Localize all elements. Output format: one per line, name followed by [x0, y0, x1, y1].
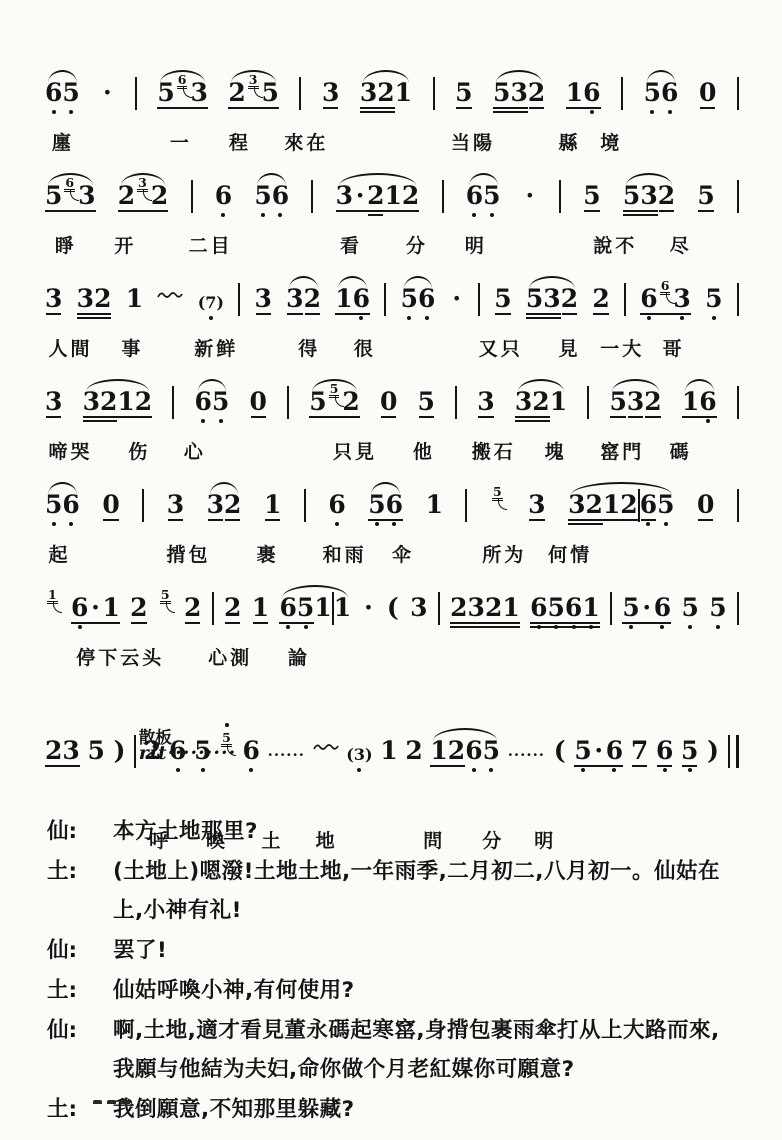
beam-group: 232	[118, 173, 169, 218]
lyric: 停下云头	[76, 643, 164, 670]
octave-dot-below	[590, 106, 594, 115]
note: 3	[673, 276, 690, 321]
beam-group: 56	[368, 482, 403, 527]
note: 0	[697, 482, 714, 527]
dialogue-row: 仙:罢了!	[47, 931, 739, 970]
notation-text: ·	[523, 173, 537, 218]
octave-dot-below	[663, 764, 667, 773]
slur-group: 16	[682, 379, 717, 424]
lyric: 窰門	[600, 437, 644, 464]
note: 5	[709, 585, 726, 630]
dialogue-block: 仙:本方土地那里?土:(土地上)嗯潑!土地土地,一年雨季,二月初二,八月初一。仙…	[47, 812, 739, 1130]
dialogue-speaker: 仙:	[47, 812, 113, 851]
dialogue-row: 仙:本方土地那里?	[47, 812, 739, 851]
beam-group: 32	[77, 276, 112, 321]
note: 6	[195, 379, 212, 424]
barline	[384, 283, 386, 316]
note: 3	[62, 728, 79, 773]
barline	[624, 283, 626, 316]
lyric: 开	[114, 231, 136, 258]
octave-dot-below	[392, 518, 396, 527]
octave-dot-below	[489, 764, 493, 773]
note: 5	[697, 173, 714, 218]
barline	[737, 180, 739, 213]
slur-group: 563	[157, 70, 208, 115]
dialogue-text: (土地上)嗯潑!土地土地,一年雨季,二月初二,八月初一。仙姑在上,小神有礼!	[113, 852, 739, 930]
note: 0	[380, 379, 397, 424]
slur-group: 3212	[83, 379, 153, 424]
wavy-line-icon	[157, 285, 183, 304]
barline	[299, 77, 301, 110]
note: 5	[87, 728, 104, 773]
note: 1	[314, 585, 331, 630]
lyric: 哥	[663, 334, 685, 361]
slur-group: 563	[45, 173, 96, 218]
slur-group: 235	[228, 70, 279, 115]
lyric: 人間	[48, 334, 92, 361]
grace-note: 1	[47, 588, 58, 604]
slur-group: 532	[493, 70, 545, 115]
barline	[442, 180, 444, 213]
notation-row: 3321(7)3321656·553226635	[45, 276, 739, 321]
barline	[433, 77, 435, 110]
note: 0	[699, 70, 716, 115]
dialogue-speaker: 仙:	[47, 931, 113, 970]
octave-dot-below	[278, 209, 282, 218]
wavy-line-icon	[313, 737, 339, 756]
note: 5	[548, 585, 565, 630]
octave-dot-below	[78, 621, 82, 630]
lyric: 得	[298, 334, 320, 361]
notation-text: (	[386, 585, 400, 630]
octave-dot-below	[221, 209, 225, 218]
lyric: 只見	[333, 437, 377, 464]
note: 6	[530, 585, 547, 630]
lyric: 心測	[208, 643, 252, 670]
octave-dot-below	[219, 415, 223, 424]
grace-note: 3	[137, 176, 148, 192]
dialogue-speaker: 土:	[47, 971, 113, 1010]
slur-group: 56	[45, 482, 80, 527]
note: 5	[681, 728, 698, 773]
note: 5	[526, 276, 543, 321]
octave-dot-below	[688, 764, 692, 773]
octave-dot-below	[176, 764, 180, 773]
octave-dot-below	[712, 312, 716, 321]
note: 1	[550, 379, 567, 424]
note: 3	[45, 379, 62, 424]
notation-text: ·	[361, 585, 375, 630]
note: 1	[334, 585, 351, 630]
dialogue-speaker: 土:	[47, 1090, 113, 1129]
note: 6	[699, 379, 716, 424]
barline	[135, 77, 137, 110]
note: 1	[502, 585, 519, 630]
lyric: 所为	[482, 540, 526, 567]
note: 2	[130, 585, 147, 630]
barline	[587, 386, 589, 419]
note: 1	[384, 173, 401, 218]
note: 1	[126, 276, 143, 321]
music-system-1: 65·5632353321553216560廛一程來在当陽縣境	[45, 70, 739, 173]
dialogue-row: 土:仙姑呼喚小神,有何使用?	[47, 971, 739, 1010]
music-system-5: 56033216561533212650起揹包裹和雨伞所为何情	[45, 482, 739, 585]
lyric: 見	[559, 334, 581, 361]
beam-group: 32	[83, 379, 118, 424]
octave-dot-below	[589, 621, 593, 630]
octave-dot-below	[375, 518, 379, 527]
dialogue-row: 仙:啊,土地,適才看見董永碼起寒窰,身揹包裹雨傘打从上大路而來,我願与他結为夫妇…	[47, 1011, 739, 1089]
final-double-barline	[728, 735, 739, 768]
note: 5	[623, 173, 640, 218]
music-score: 65·5632353321553216560廛一程來在当陽縣境563232656…	[45, 70, 739, 860]
note: 7	[631, 728, 648, 773]
lyrics-row: 睜开二目看分明說不尽	[45, 231, 739, 257]
note: 3	[78, 173, 95, 218]
barline	[438, 592, 440, 625]
dialogue-text: 本方土地那里?	[113, 812, 739, 851]
octave-dot-below	[209, 312, 213, 321]
note: 6	[418, 276, 435, 321]
notation-text: ·	[353, 173, 367, 218]
lyric: 伞	[392, 540, 414, 567]
lyric: 論	[288, 643, 310, 670]
notation-text: ·	[88, 585, 102, 630]
note: 6	[243, 728, 260, 773]
notation-row: 5632326563·21265·55325	[45, 173, 739, 218]
lyric: 揹包	[166, 540, 210, 567]
beam-group: 235	[228, 70, 279, 115]
lyric: 啼哭	[48, 437, 92, 464]
lyric: 当陽	[451, 128, 495, 155]
note: 3	[410, 585, 427, 630]
slur-group: 32	[286, 276, 321, 321]
slur-group: 65	[195, 379, 230, 424]
grace-note: 3	[248, 73, 259, 89]
octave-dot-below	[335, 518, 339, 527]
barline	[737, 489, 739, 522]
octave-dot-below	[688, 621, 692, 630]
octave-dot-below	[647, 312, 651, 321]
octave-dot-below	[69, 106, 73, 115]
note: 0	[250, 379, 267, 424]
dialogue-text: 啊,土地,適才看見董永碼起寒窰,身揹包裹雨傘打从上大路而來,我願与他結为夫妇,命…	[113, 1011, 739, 1089]
lyrics-row: 啼哭伤心只見他搬石塊窰門碼	[45, 437, 739, 463]
barline	[238, 283, 240, 316]
note: 2	[405, 728, 422, 773]
octave-dot-below	[680, 312, 684, 321]
note: 5	[455, 70, 472, 115]
lyric: 二目	[189, 231, 233, 258]
lyric: 起	[48, 540, 70, 567]
note: 2	[224, 585, 241, 630]
note: 5	[622, 585, 639, 630]
note: 2	[585, 482, 602, 527]
lyric: 說不	[593, 231, 637, 258]
lyric: 碼	[670, 437, 692, 464]
note: 2	[448, 728, 465, 773]
octave-dot-below	[304, 621, 308, 630]
lyric: 他	[413, 437, 435, 464]
slur-group: 532	[609, 379, 661, 424]
note: 5	[483, 173, 500, 218]
note: 3	[255, 276, 272, 321]
barline	[621, 77, 623, 110]
barline	[737, 386, 739, 419]
note: 5	[418, 379, 435, 424]
notation-text: ······	[268, 728, 305, 773]
lyric: 一	[170, 128, 192, 155]
lyric: 看	[340, 231, 362, 258]
note: 6	[640, 482, 657, 527]
beam-group: 5·6	[574, 728, 623, 773]
slur-group: 56	[401, 276, 436, 321]
note: 3	[568, 482, 585, 527]
note: 6	[640, 276, 657, 321]
slur-group: 56	[644, 70, 679, 115]
beam-group: 32	[568, 482, 603, 527]
note: 2	[228, 70, 245, 115]
note: 5	[297, 585, 314, 630]
note: 6	[661, 70, 678, 115]
note: 6	[169, 728, 186, 773]
octave-dot-below	[554, 621, 558, 630]
beam-group: 2321	[450, 585, 520, 630]
barline	[172, 386, 174, 419]
slur-group: 32	[207, 482, 242, 527]
octave-dot-below	[664, 518, 668, 527]
grace-note: 5	[329, 382, 340, 398]
note: 3	[77, 276, 94, 321]
note: 3	[286, 276, 303, 321]
note: 3	[167, 482, 184, 527]
slur-group: 6511	[279, 585, 351, 630]
note: 3	[190, 70, 207, 115]
note: 1	[426, 482, 443, 527]
octave-dot-below	[668, 106, 672, 115]
beam-group: 16	[566, 70, 601, 115]
octave-dot-below	[472, 764, 476, 773]
octave-dot-below	[52, 518, 56, 527]
lyric: 尽	[670, 231, 692, 258]
beam-group: 65	[279, 585, 314, 630]
note: 2	[151, 173, 168, 218]
beam-group: 552	[309, 379, 360, 424]
note: 1	[566, 70, 583, 115]
barline	[134, 735, 136, 768]
lyric: 又只	[479, 334, 523, 361]
octave-dot-below	[537, 621, 541, 630]
note: 2	[528, 70, 545, 115]
note: 1	[582, 585, 599, 630]
grace-note: 5	[160, 588, 171, 604]
note: 1	[682, 379, 699, 424]
note: 3	[640, 173, 657, 218]
octave-dot-below	[249, 764, 253, 773]
slur-group: 3·212	[336, 173, 420, 218]
barline	[455, 386, 457, 419]
note: 0	[102, 482, 119, 527]
barline	[478, 283, 480, 316]
lyric: 境	[600, 128, 622, 155]
octave-dot-below	[201, 764, 205, 773]
note: 6	[565, 585, 582, 630]
octave-dot-below	[650, 106, 654, 115]
beam-group: 53	[493, 70, 528, 115]
music-system-6: 16·1252216511·(3232165615·655停下云头心測論	[45, 585, 739, 688]
grace-note: 6	[177, 73, 188, 89]
barline	[311, 180, 313, 213]
beam-group: 563	[157, 70, 208, 115]
barline	[737, 77, 739, 110]
beam-group: 16	[682, 379, 717, 424]
note: 2	[118, 173, 135, 218]
lyric: 很	[354, 334, 376, 361]
note: 1	[395, 70, 412, 115]
note: 2	[184, 585, 201, 630]
octave-dot-below	[706, 415, 710, 424]
grace-note: 6	[64, 176, 75, 192]
note: 2	[485, 585, 502, 630]
slur-group: 532	[526, 276, 578, 321]
barline	[287, 386, 289, 419]
beam-group: 32	[360, 70, 395, 115]
slur-group: 65	[45, 70, 80, 115]
beam-group: 563	[45, 173, 96, 218]
octave-dot-below	[646, 518, 650, 527]
note: 6	[215, 173, 232, 218]
note: 2	[620, 482, 637, 527]
dialogue-speaker: 土:	[47, 852, 113, 891]
lyric: 搬石	[472, 437, 516, 464]
beam-group: 53	[526, 276, 561, 321]
note: 2	[144, 728, 161, 773]
note: 5	[574, 728, 591, 773]
note: 5	[45, 173, 62, 218]
note: 6	[465, 728, 482, 773]
note: 3	[543, 276, 560, 321]
lyrics-row: 廛一程來在当陽縣境	[45, 128, 739, 154]
notation-row: 16·1252216511·(3232165615·655	[45, 585, 739, 630]
barline	[559, 180, 561, 213]
octave-dot-below	[425, 312, 429, 321]
note: 5	[262, 70, 279, 115]
slur-group: 56	[368, 482, 403, 527]
note: 2	[644, 379, 661, 424]
note: 2	[45, 728, 62, 773]
barline	[610, 592, 612, 625]
note: 2	[224, 482, 241, 527]
note: 1	[603, 482, 620, 527]
beam-group: 12	[603, 482, 638, 527]
note: 3	[515, 379, 532, 424]
lyric: 明	[465, 231, 487, 258]
dialogue-row: 土:我倒願意,不知那里躲藏?	[47, 1090, 739, 1129]
lyric: 塊	[545, 437, 567, 464]
slur-group: 1265	[430, 728, 500, 773]
note: 3	[468, 585, 485, 630]
grace-note: 6	[660, 279, 671, 295]
lyric: 分	[406, 231, 428, 258]
dialogue-text: 仙姑呼喚小神,有何使用?	[113, 971, 739, 1010]
lyric: 心	[184, 437, 206, 464]
note: 3	[207, 482, 224, 527]
slur-group: 232	[118, 173, 169, 218]
notation-text: ·	[592, 728, 606, 773]
notation-row: 65·5632353321553216560	[45, 70, 739, 115]
note: 5	[657, 482, 674, 527]
note: 3	[528, 482, 545, 527]
beam-group: 5·6	[622, 585, 671, 630]
lyrics-row: 人間事新鲜得很又只見一大哥	[45, 334, 739, 360]
note: 3	[477, 379, 494, 424]
barline	[191, 180, 193, 213]
music-system-4: 3321265055205332153216啼哭伤心只見他搬石塊窰門碼	[45, 379, 739, 482]
notation-text: ······	[508, 728, 545, 773]
notation-text: ·	[640, 585, 654, 630]
note: 2	[377, 70, 394, 115]
grace-note: 5	[492, 485, 503, 501]
dialogue-speaker: 仙:	[47, 1011, 113, 1050]
octave-dot-below	[716, 621, 720, 630]
octave-dot-below	[286, 621, 290, 630]
note: 6	[654, 585, 671, 630]
note: 5	[254, 173, 271, 218]
note: 6	[272, 173, 289, 218]
octave-dot-below	[69, 518, 73, 527]
note: 1	[252, 585, 269, 630]
note: 2	[135, 379, 152, 424]
note: 2	[94, 276, 111, 321]
note: 5	[194, 728, 211, 773]
note: 5	[401, 276, 418, 321]
barline	[737, 283, 739, 316]
octave-dot-below	[490, 209, 494, 218]
slur-group: 321265	[568, 482, 674, 527]
note: 3	[627, 379, 644, 424]
note: 6	[328, 482, 345, 527]
beam-group: 23	[45, 728, 80, 773]
slur-group: 532	[623, 173, 675, 218]
note: 6	[353, 276, 370, 321]
note: 2	[592, 276, 609, 321]
barline	[304, 489, 306, 522]
beam-group: 6·1	[71, 585, 120, 630]
octave-dot-below	[407, 312, 411, 321]
lyric: 一大	[600, 334, 644, 361]
note: 6	[62, 482, 79, 527]
note: 6	[45, 70, 62, 115]
lyric: 程	[229, 128, 251, 155]
lyric: 裹	[257, 540, 279, 567]
note: 5	[583, 173, 600, 218]
note: 5	[682, 585, 699, 630]
page-number-cropped	[93, 1100, 130, 1104]
note: 2	[561, 276, 578, 321]
note: 5	[493, 70, 510, 115]
note: 6	[386, 482, 403, 527]
grace-note: 5	[221, 731, 232, 747]
beam-group: 12	[117, 379, 152, 424]
note: 3	[360, 70, 377, 115]
octave-dot-below	[52, 106, 56, 115]
notation-row: 235)26556······(3)121265······(5·6765)	[45, 728, 739, 773]
note: 2	[367, 173, 384, 218]
barline	[142, 489, 144, 522]
note: 6	[71, 585, 88, 630]
dialogue-row: 土:(土地上)嗯潑!土地土地,一年雨季,二月初二,八月初一。仙姑在上,小神有礼!	[47, 852, 739, 930]
notation-text: (7)	[198, 276, 224, 321]
